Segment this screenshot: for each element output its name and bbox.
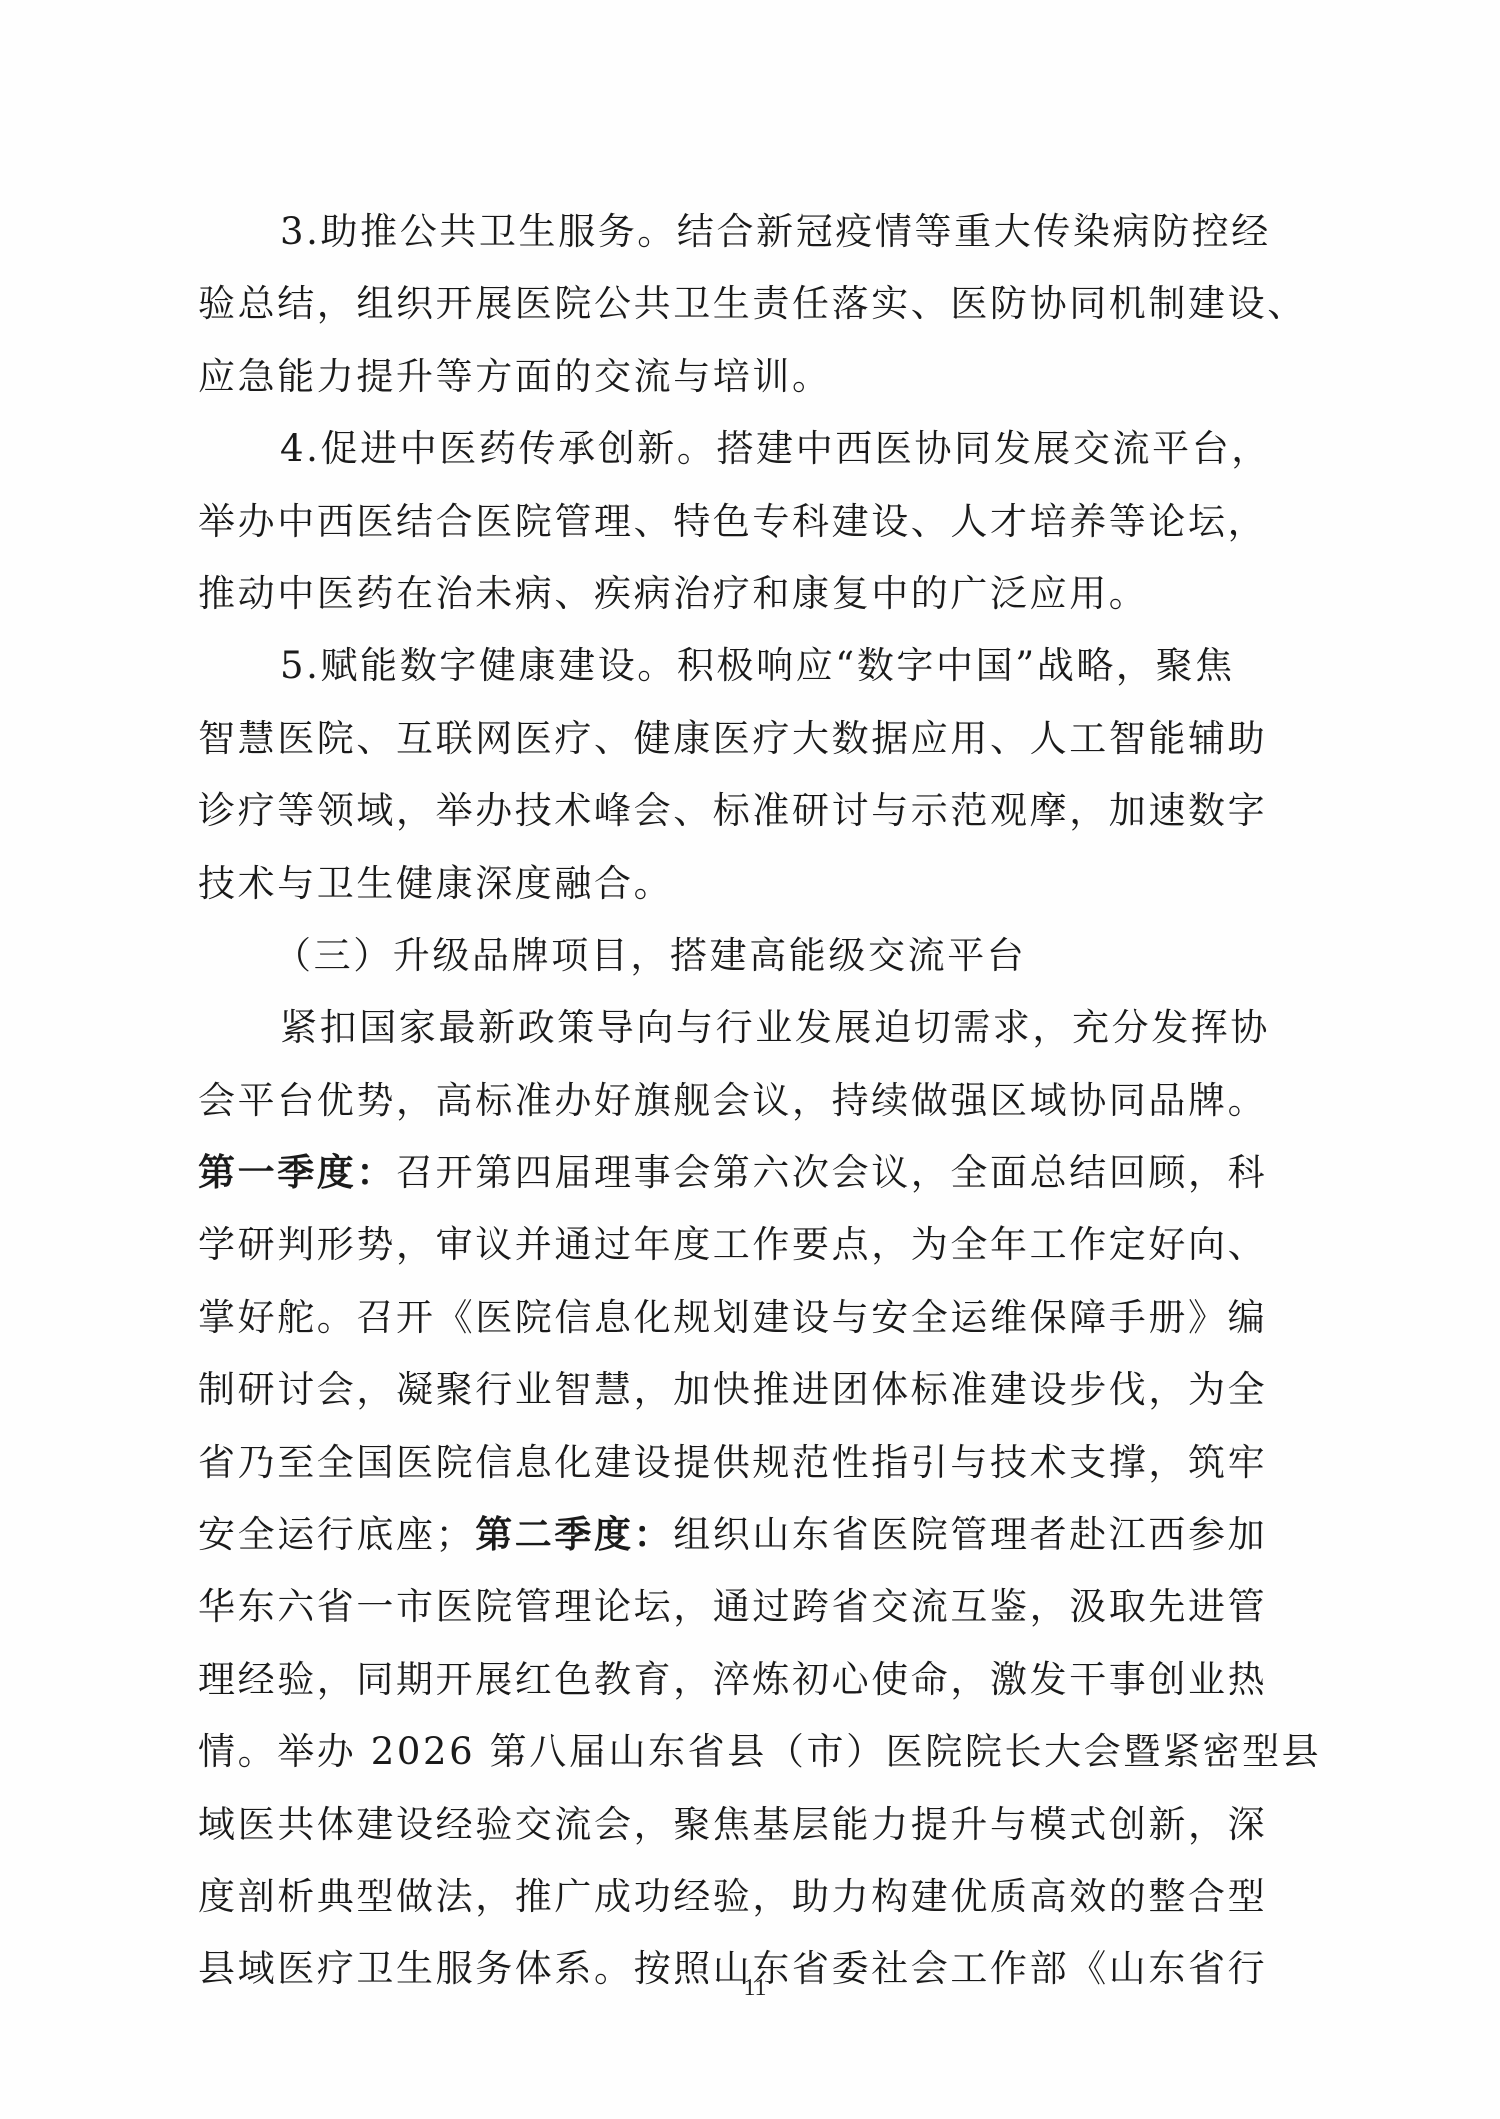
text-line: 应急能力提升等方面的交流与培训。 (198, 341, 1318, 413)
text-segment: 诊疗等领域，举办技术峰会、标准研讨与示范观摩，加速数字 (198, 789, 1267, 832)
text-line: 3.助推公共卫生服务。结合新冠疫情等重大传染病防控经 (198, 196, 1318, 268)
text-line: 诊疗等领域，举办技术峰会、标准研讨与示范观摩，加速数字 (198, 775, 1318, 847)
document-page: 3.助推公共卫生服务。结合新冠疫情等重大传染病防控经验总结，组织开展医院公共卫生… (0, 0, 1500, 2119)
text-line: 会平台优势，高标准办好旗舰会议，持续做强区域协同品牌。 (198, 1065, 1318, 1137)
text-segment: 验总结，组织开展医院公共卫生责任落实、医防协同机制建设、 (198, 282, 1307, 325)
text-line: 验总结，组织开展医院公共卫生责任落实、医防协同机制建设、 (198, 268, 1318, 340)
page-number: 11 (0, 1975, 1500, 2002)
text-segment: 技术与卫生健康深度融合。 (198, 862, 673, 905)
quarter-label: 第二季度： (475, 1513, 673, 1556)
text-line: 推动中医药在治未病、疾病治疗和康复中的广泛应用。 (198, 558, 1318, 630)
section-heading: （三）升级品牌项目，搭建高能级交流平台 (198, 920, 1318, 992)
text-segment: 安全运行底座； (198, 1513, 475, 1556)
text-line: 制研讨会，凝聚行业智慧，加快推进团体标准建设步伐，为全 (198, 1354, 1318, 1426)
text-segment: 情。举办 2026 第八届山东省县（市）医院院长大会暨紧密型县 (198, 1730, 1321, 1773)
text-segment: 4.促进中医药传承创新。搭建中西医协同发展交流平台， (280, 427, 1271, 470)
text-line: 第一季度：召开第四届理事会第六次会议，全面总结回顾，科 (198, 1137, 1318, 1209)
text-segment: 推动中医药在治未病、疾病治疗和康复中的广泛应用。 (198, 572, 1148, 615)
text-line: 情。举办 2026 第八届山东省县（市）医院院长大会暨紧密型县 (198, 1716, 1318, 1788)
text-line: 理经验，同期开展红色教育，淬炼初心使命，激发干事创业热 (198, 1644, 1318, 1716)
quarter-label: 第一季度： (198, 1151, 396, 1194)
text-line: 度剖析典型做法，推广成功经验，助力构建优质高效的整合型 (198, 1861, 1318, 1933)
text-segment: 域医共体建设经验交流会，聚焦基层能力提升与模式创新，深 (198, 1803, 1267, 1846)
text-segment: 3.助推公共卫生服务。结合新冠疫情等重大传染病防控经 (280, 210, 1271, 253)
text-line: 掌好舵。召开《医院信息化规划建设与安全运维保障手册》编 (198, 1282, 1318, 1354)
text-segment: 制研讨会，凝聚行业智慧，加快推进团体标准建设步伐，为全 (198, 1368, 1267, 1411)
text-line: 举办中西医结合医院管理、特色专科建设、人才培养等论坛， (198, 486, 1318, 558)
text-segment: 学研判形势，审议并通过年度工作要点，为全年工作定好向、 (198, 1223, 1267, 1266)
text-segment: 理经验，同期开展红色教育，淬炼初心使命，激发干事创业热 (198, 1658, 1267, 1701)
text-segment: 紧扣国家最新政策导向与行业发展迫切需求，充分发挥协 (280, 1006, 1270, 1049)
text-segment: 度剖析典型做法，推广成功经验，助力构建优质高效的整合型 (198, 1875, 1267, 1918)
text-line: 省乃至全国医院信息化建设提供规范性指引与技术支撑，筑牢 (198, 1427, 1318, 1499)
text-line: 华东六省一市医院管理论坛，通过跨省交流互鉴，汲取先进管 (198, 1571, 1318, 1643)
text-segment: 掌好舵。召开《医院信息化规划建设与安全运维保障手册》编 (198, 1296, 1267, 1339)
text-line: 技术与卫生健康深度融合。 (198, 848, 1318, 920)
text-segment: 华东六省一市医院管理论坛，通过跨省交流互鉴，汲取先进管 (198, 1585, 1267, 1628)
text-line: 学研判形势，审议并通过年度工作要点，为全年工作定好向、 (198, 1209, 1318, 1281)
text-segment: 召开第四届理事会第六次会议，全面总结回顾，科 (396, 1151, 1267, 1194)
text-line: 安全运行底座；第二季度：组织山东省医院管理者赴江西参加 (198, 1499, 1318, 1571)
text-segment: 组织山东省医院管理者赴江西参加 (673, 1513, 1267, 1556)
text-segment: （三）升级品牌项目，搭建高能级交流平台 (274, 934, 1026, 977)
text-segment: 应急能力提升等方面的交流与培训。 (198, 355, 832, 398)
text-line: 紧扣国家最新政策导向与行业发展迫切需求，充分发挥协 (198, 992, 1318, 1064)
text-line: 4.促进中医药传承创新。搭建中西医协同发展交流平台， (198, 413, 1318, 485)
text-segment: 举办中西医结合医院管理、特色专科建设、人才培养等论坛， (198, 500, 1267, 543)
body-text: 3.助推公共卫生服务。结合新冠疫情等重大传染病防控经验总结，组织开展医院公共卫生… (198, 196, 1318, 2006)
text-line: 域医共体建设经验交流会，聚焦基层能力提升与模式创新，深 (198, 1789, 1318, 1861)
text-segment: 5.赋能数字健康建设。积极响应“数字中国”战略，聚焦 (280, 644, 1235, 687)
text-segment: 会平台优势，高标准办好旗舰会议，持续做强区域协同品牌。 (198, 1079, 1267, 1122)
text-line: 智慧医院、互联网医疗、健康医疗大数据应用、人工智能辅助 (198, 703, 1318, 775)
text-segment: 省乃至全国医院信息化建设提供规范性指引与技术支撑，筑牢 (198, 1441, 1267, 1484)
text-line: 5.赋能数字健康建设。积极响应“数字中国”战略，聚焦 (198, 630, 1318, 702)
text-segment: 智慧医院、互联网医疗、健康医疗大数据应用、人工智能辅助 (198, 717, 1267, 760)
